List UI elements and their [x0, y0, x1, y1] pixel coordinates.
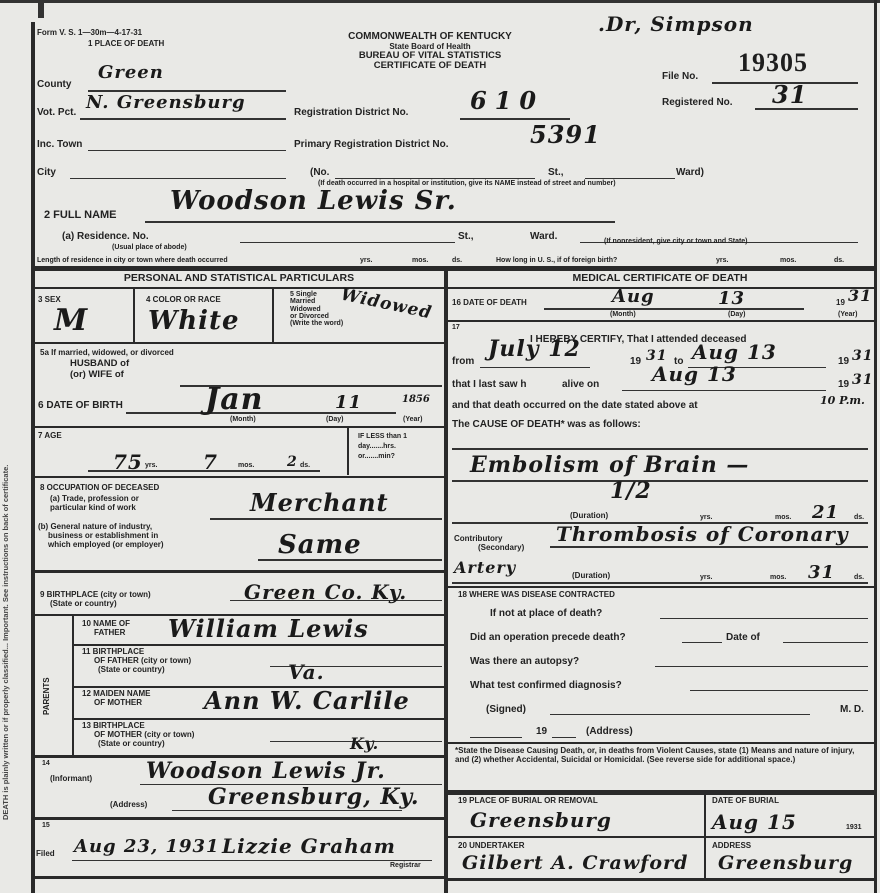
sex-value: M — [54, 303, 88, 338]
certificate-title-block: COMMONWEALTH OF KENTUCKY State Board of … — [300, 32, 560, 71]
contributory-duration-caption: (Duration) — [572, 572, 610, 580]
cause-yrs-caption: yrs. — [700, 514, 712, 521]
contributory-ds-caption: ds. — [854, 574, 864, 581]
signed-label: (Signed) — [486, 705, 526, 716]
less-than-day-label: IF LESS than 1 day.......hrs. or.......m… — [358, 432, 407, 461]
row-rule-filed — [33, 817, 444, 820]
file-no-label: File No. — [662, 72, 698, 83]
test-line — [690, 690, 868, 691]
city-st-line — [585, 178, 675, 179]
length-ds: ds. — [452, 257, 462, 264]
informant-label: (Informant) — [50, 775, 92, 783]
usual-place-note: (Usual place of abode) — [112, 244, 187, 251]
foreign-yrs: yrs. — [716, 257, 728, 264]
personal-section-title: PERSONAL AND STATISTICAL PARTICULARS — [36, 273, 442, 284]
trade-line — [210, 518, 442, 520]
informant-name-value: Woodson Lewis Jr. — [146, 758, 386, 784]
row-rule-spouse — [33, 342, 444, 344]
row-rule-occupation — [33, 476, 444, 478]
primary-reg-label: Primary Registration District No. — [294, 140, 448, 151]
where-contracted-label: 18 WHERE WAS DISEASE CONTRACTED — [458, 591, 615, 599]
dod-day-value: 13 — [718, 288, 745, 309]
contributory-line2-value: Artery — [454, 558, 516, 577]
medical-rule-certify — [448, 320, 874, 322]
age-years-value: 75 — [113, 450, 143, 474]
race-label: 4 COLOR OR RACE — [146, 296, 221, 304]
full-name-label: 2 FULL NAME — [44, 210, 117, 222]
length-mos: mos. — [412, 257, 428, 264]
row-rule-mother-birthplace — [73, 718, 444, 720]
certify-item-number: 17 — [452, 324, 460, 331]
full-name-value: Woodson Lewis Sr. — [170, 186, 457, 216]
row-rule-bottom-left — [33, 876, 444, 879]
contributory-line — [550, 546, 868, 548]
filed-number: 15 — [42, 822, 50, 829]
city-line — [70, 178, 286, 179]
last-saw-label: that I last saw h — [452, 380, 526, 391]
full-name-line — [145, 221, 615, 223]
reg-district-label: Registration District No. — [294, 108, 408, 119]
cause-mos-caption: mos. — [775, 514, 791, 521]
father-birthplace-value: Va. — [288, 660, 325, 684]
burial-date-year: 1931 — [846, 824, 862, 831]
mother-name-value: Ann W. Carlile — [204, 686, 410, 715]
county-label: County — [37, 80, 71, 91]
operation-line — [682, 642, 722, 643]
contributory-duration-line — [452, 582, 868, 584]
foreign-ds: ds. — [834, 257, 844, 264]
burial-date-label: DATE OF BURIAL — [712, 797, 779, 805]
last-saw-suffix: alive on — [562, 380, 599, 391]
dod-label: 16 DATE OF DEATH — [452, 299, 527, 307]
industry-value: Same — [278, 530, 362, 560]
dob-label: 6 DATE OF BIRTH — [38, 401, 123, 412]
to-date-value: Aug 13 — [692, 340, 777, 364]
residence-ward-label: Ward. — [530, 232, 557, 243]
medical-rule-contracted — [448, 586, 874, 588]
form-id: Form V. S. 1—30m—4-17-31 — [37, 29, 142, 37]
section-divider — [33, 266, 874, 271]
informant-address-line — [172, 810, 402, 811]
reg-district-value: 610 — [470, 86, 544, 115]
cause-duration-value: 21 — [812, 502, 839, 523]
registered-no-label: Registered No. — [662, 98, 733, 109]
age-yrs-caption: yrs. — [145, 462, 157, 469]
dod-month-value: Aug — [612, 286, 655, 307]
not-at-place-label: If not at place of death? — [490, 609, 602, 620]
from-date-value: July 12 — [488, 336, 581, 362]
to-year-prefix: 19 — [838, 357, 849, 368]
dod-year-prefix: 19 — [836, 299, 845, 307]
medical-rule-burial — [448, 790, 874, 795]
vot-pct-value: N. Greensburg — [86, 92, 246, 113]
residence-label: (a) Residence. No. — [62, 232, 149, 243]
spouse-label: 5a If married, widowed, or divorced HUSB… — [40, 348, 174, 380]
medical-title-rule — [448, 287, 874, 289]
undertaker-value: Gilbert A. Crawford — [462, 852, 688, 874]
top-edge — [0, 0, 880, 3]
registered-no-value: 31 — [772, 80, 807, 109]
dob-month-value: Jan — [205, 382, 263, 417]
informant-address-label: (Address) — [110, 801, 147, 809]
row-rule-father-birthplace — [73, 644, 444, 646]
trade-value: Merchant — [250, 488, 389, 517]
autopsy-line — [655, 666, 868, 667]
parents-side-label: PARENTS — [43, 655, 51, 715]
dob-day-caption: (Day) — [326, 416, 344, 423]
age-days-value: 2 — [287, 454, 298, 470]
from-label: from — [452, 357, 474, 368]
informant-number: 14 — [42, 760, 50, 767]
cause-footnote: *State the Disease Causing Death, or, in… — [455, 746, 867, 764]
sign-date-line — [470, 737, 522, 738]
age-mos-caption: mos. — [238, 462, 254, 469]
personal-title-rule — [33, 287, 444, 289]
nonresident-note: (If nonresident, give city or town and S… — [604, 238, 748, 245]
informant-address-value: Greensburg, Ky. — [208, 784, 419, 810]
residence-no-line — [240, 242, 455, 243]
marital-value: Widowed — [339, 285, 434, 324]
dob-year-caption: (Year) — [403, 416, 422, 423]
cause-line-2 — [452, 480, 868, 482]
form-right-border — [874, 0, 877, 893]
contributory-yrs-caption: yrs. — [700, 574, 712, 581]
foreign-birth-label: How long in U. S., if of foreign birth? — [496, 257, 617, 264]
medical-section-title: MEDICAL CERTIFICATE OF DEATH — [450, 273, 870, 284]
parents-col-divider — [72, 615, 74, 755]
sign-year-line — [552, 737, 576, 738]
last-saw-year-value: 31 — [852, 372, 873, 388]
from-line — [480, 367, 590, 368]
length-yrs: yrs. — [360, 257, 372, 264]
registrar-caption: Registrar — [390, 862, 421, 869]
father-name-value: William Lewis — [168, 614, 369, 643]
last-saw-year-prefix: 19 — [838, 380, 849, 391]
test-label: What test confirmed diagnosis? — [470, 681, 622, 692]
burial-address-label: ADDRESS — [712, 842, 751, 850]
county-value: Green — [98, 62, 164, 83]
medical-rule-footnote — [448, 742, 874, 744]
form-left-border — [31, 22, 35, 893]
filed-date-value: Aug 23, 1931 — [74, 836, 220, 857]
birthplace-label: 9 BIRTHPLACE (city or town) (State or co… — [40, 590, 151, 608]
death-time-value: 10 P.m. — [820, 394, 865, 407]
cause-line-1 — [452, 448, 868, 450]
row-rule-age — [33, 426, 444, 428]
dob-day-value: 11 — [335, 392, 362, 413]
industry-label: (b) General nature of industry, business… — [38, 522, 164, 550]
inc-town-label: Inc. Town — [37, 140, 82, 151]
dod-month-caption: (Month) — [610, 311, 636, 318]
mother-birthplace-value: Ky. — [350, 734, 379, 753]
filed-line — [72, 860, 432, 861]
top-left-tab — [38, 0, 44, 18]
dod-day-caption: (Day) — [728, 311, 746, 318]
dob-year-value: 1856 — [402, 394, 430, 405]
foreign-mos: mos. — [780, 257, 796, 264]
burial-place-label: 19 PLACE OF BURIAL OR REMOVAL — [458, 797, 598, 805]
burial-date-value: Aug 15 — [712, 810, 797, 834]
inc-town-line — [88, 150, 286, 151]
sex-col-divider — [133, 288, 135, 343]
md-label: M. D. — [840, 705, 864, 716]
title-certificate: CERTIFICATE OF DEATH — [300, 61, 560, 71]
contributory-label: Contributory (Secondary) — [454, 535, 524, 553]
primary-reg-value: 5391 — [530, 120, 601, 149]
autopsy-label: Was there an autopsy? — [470, 657, 579, 668]
last-saw-line — [622, 390, 826, 391]
mother-name-label: 12 MAIDEN NAME OF MOTHER — [82, 690, 150, 708]
sign-address-label: (Address) — [586, 727, 633, 738]
residence-st-label: St., — [458, 232, 474, 243]
dod-line — [544, 308, 804, 310]
birthplace-value: Green Co. Ky. — [244, 580, 407, 604]
burial-rule-bottom — [448, 878, 874, 881]
undertaker-label: 20 UNDERTAKER — [458, 842, 525, 850]
race-value: White — [148, 306, 240, 336]
date-of-label: Date of — [726, 633, 760, 644]
city-label: City — [37, 168, 56, 179]
file-no-value: 19305 — [738, 48, 808, 78]
to-year-value: 31 — [852, 348, 873, 364]
city-st-label: St., — [548, 168, 564, 179]
age-col-divider — [347, 427, 349, 475]
occupation-label: 8 OCCUPATION OF DECEASED — [40, 484, 159, 492]
last-saw-date-value: Aug 13 — [652, 362, 737, 386]
race-col-divider — [272, 288, 274, 343]
burial-address-value: Greensburg — [718, 852, 853, 874]
vot-pct-line — [80, 118, 286, 120]
contributory-duration-value: 31 — [808, 562, 835, 583]
age-ds-caption: ds. — [300, 462, 310, 469]
center-divider — [444, 271, 448, 893]
from-year-prefix: 19 — [630, 357, 641, 368]
dod-year-value: 31 — [848, 286, 872, 305]
contributory-value: Thrombosis of Coronary — [556, 522, 849, 546]
cause-duration-caption: (Duration) — [570, 512, 608, 520]
dod-year-caption: (Year) — [838, 311, 857, 318]
cause-label: The CAUSE OF DEATH* was as follows: — [452, 420, 641, 431]
dob-month-caption: (Month) — [230, 416, 256, 423]
mother-birthplace-label: 13 BIRTHPLACE OF MOTHER (city or town) (… — [82, 722, 194, 748]
age-months-value: 7 — [203, 450, 218, 474]
filed-label: Filed — [36, 850, 55, 858]
top-annotation: .Dr, Simpson — [598, 12, 754, 36]
cause-ds-caption: ds. — [854, 514, 864, 521]
cause-line-1-value: Embolism of Brain — — [470, 452, 749, 478]
father-birthplace-label: 11 BIRTHPLACE OF FATHER (city or town) (… — [82, 648, 191, 674]
contributory-mos-caption: mos. — [770, 574, 786, 581]
burial-rule-undertaker — [448, 836, 874, 838]
operation-label: Did an operation precede death? — [470, 633, 626, 644]
title-commonwealth: COMMONWEALTH OF KENTUCKY — [300, 32, 560, 43]
not-at-place-line — [660, 618, 868, 619]
place-of-death-label: 1 PLACE OF DEATH — [88, 40, 164, 48]
city-no-label: (No. — [310, 168, 329, 179]
vot-pct-label: Vot. Pct. — [37, 108, 76, 119]
city-ward-label: Ward) — [676, 168, 704, 179]
sign-year-19: 19 — [536, 727, 547, 738]
city-no-line — [335, 178, 535, 179]
date-of-line — [783, 642, 868, 643]
burial-place-value: Greensburg — [470, 808, 612, 832]
length-residence-label: Length of residence in city or town wher… — [37, 257, 228, 264]
age-label: 7 AGE — [38, 432, 62, 440]
filed-registrar-value: Lizzie Graham — [222, 834, 396, 858]
signed-line — [550, 714, 810, 715]
left-margin-instructions: DEATH is plainly written or if properly … — [2, 60, 10, 820]
cause-line-2-value: 1/2 — [610, 478, 652, 504]
trade-label: (a) Trade, profession or particular kind… — [50, 494, 139, 512]
father-name-label: 10 NAME OF FATHER — [82, 620, 130, 638]
death-occurred-text: and that death occurred on the date stat… — [452, 401, 698, 412]
row-rule-birthplace — [33, 570, 444, 573]
marital-label: 5 Single Married Widowed or Divorced (Wr… — [290, 291, 343, 328]
